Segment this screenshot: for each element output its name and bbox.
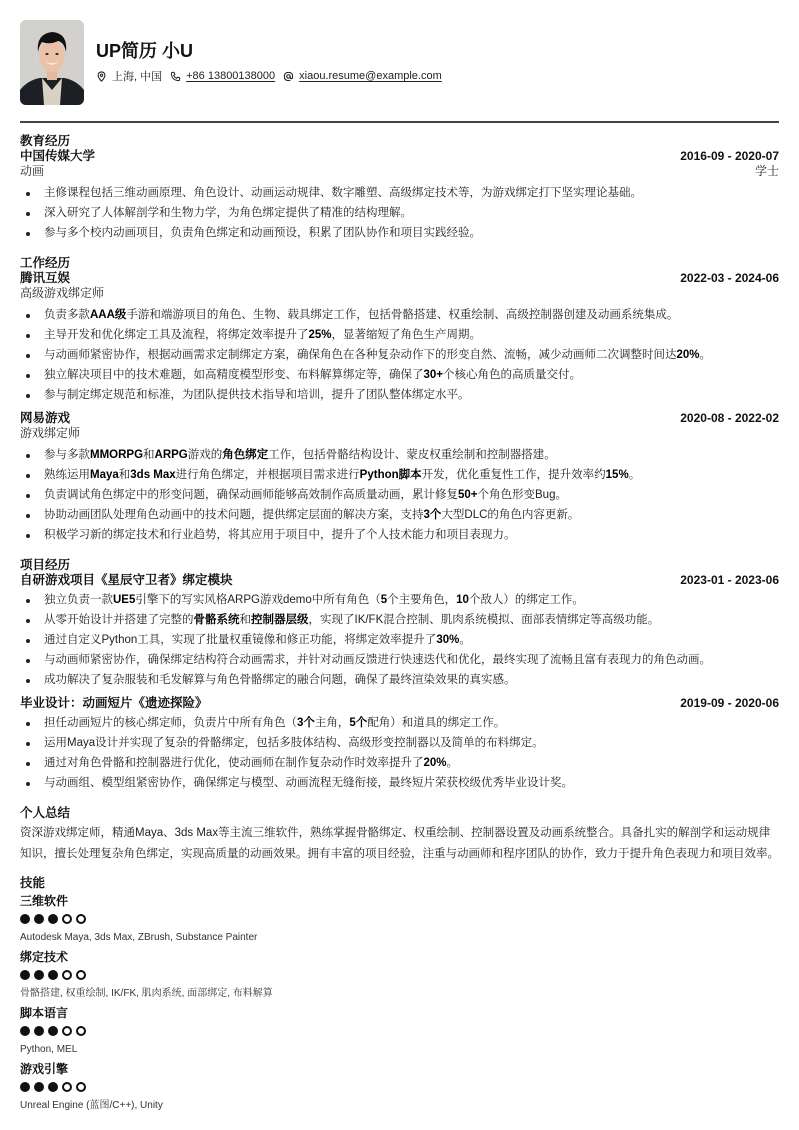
skill-description: Unreal Engine (蓝图/C++), Unity [20,1099,779,1113]
bullet-text: 担任动画短片的核心绑定师，负责片中所有角色（ [44,717,297,729]
empty-circle-icon [62,1026,72,1036]
bullet-text: 。 [459,634,471,646]
bullet-list: 担任动画短片的核心绑定师，负责片中所有角色（3个主角，5个配角）和道具的绑定工作… [20,713,779,793]
list-item: 从零开始设计并搭建了完整的骨骼系统和控制器层级，实现了IK/FK混合控制、肌肉系… [20,610,779,630]
skill-item: 三维软件Autodesk Maya, 3ds Max, ZBrush, Subs… [20,893,779,945]
skill-description: Autodesk Maya, 3ds Max, ZBrush, Substanc… [20,931,779,945]
entry-date: 2016-09 - 2020-07 [680,149,779,164]
list-item: 主修课程包括三维动画原理、角色设计、动画运动规律、数字雕塑、高级绑定技术等，为游… [20,183,779,203]
bullet-text: 主角， [315,717,350,729]
list-item: 积极学习新的绑定技术和行业趋势，将其应用于项目中，提升了个人技术能力和项目表现力… [20,525,779,545]
empty-circle-icon [76,1082,86,1092]
bullet-text: 工作，包括骨骼结构设计、蒙皮权重绘制和控制器搭建。 [268,449,556,461]
job-role: 高级游戏绑定师 [20,286,104,301]
education-section: 教育经历 中国传媒大学 2016-09 - 2020-07 动画 学士 主修课程… [20,133,779,243]
list-item: 独立负责一款UE5引擎下的写实风格ARPG游戏demo中所有角色（5个主要角色，… [20,590,779,610]
project-entry: 自研游戏项目《星辰守卫者》绑定模块 2023-01 - 2023-06 独立负责… [20,573,779,690]
emphasis-text: 3个 [297,717,315,729]
filled-circle-icon [34,1026,44,1036]
emphasis-text: MMORPG [90,449,143,461]
skill-name: 绑定技术 [20,949,779,966]
list-item: 协助动画团队处理角色动画中的技术问题，提供绑定层面的解决方案，支持3个大型DLC… [20,505,779,525]
skill-level-rating [20,970,779,982]
skill-level-rating [20,1026,779,1038]
entry-date: 2022-03 - 2024-06 [680,271,779,286]
list-item: 参与多个校内动画项目，负责角色绑定和动画预设，积累了团队协作和项目实践经验。 [20,223,779,243]
skill-name: 三维软件 [20,893,779,910]
entry-date: 2023-01 - 2023-06 [680,573,779,588]
project-name: 自研游戏项目《星辰守卫者》绑定模块 [20,573,233,588]
bullet-text: 主导开发和优化绑定工具及流程，将绑定效率提升了 [44,329,309,341]
empty-circle-icon [76,914,86,924]
emphasis-text: 20% [677,349,700,361]
list-item: 通过对角色骨骼和控制器进行优化，使动画师在制作复杂动作时效率提升了20%。 [20,753,779,773]
filled-circle-icon [20,914,30,924]
emphasis-text: 25% [309,329,332,341]
summary-text: 资深游戏绑定师，精通Maya、3ds Max等主流三维软件，熟练掌握骨骼绑定、权… [20,823,779,865]
filled-circle-icon [48,1082,58,1092]
list-item: 负责多款AAA级手游和端游项目的角色、生物、载具绑定工作，包括骨骼搭建、权重绘制… [20,305,779,325]
bullet-text: 和 [143,449,155,461]
list-item: 成功解决了复杂服装和毛发解算与角色骨骼绑定的融合问题，确保了最终渲染效果的真实感… [20,670,779,690]
list-item: 参与制定绑定规范和标准，为团队提供技术指导和培训，提升了团队整体绑定水平。 [20,385,779,405]
contact-location: 上海, 中国 [96,68,162,84]
phone-icon [170,71,181,82]
skill-name: 游戏引擎 [20,1061,779,1078]
skill-item: 绑定技术骨骼搭建, 权重绘制, IK/FK, 肌肉系统, 面部绑定, 布料解算 [20,949,779,1001]
location-text: 上海, 中国 [112,68,162,84]
empty-circle-icon [62,1082,72,1092]
skill-description: 骨骼搭建, 权重绘制, IK/FK, 肌肉系统, 面部绑定, 布料解算 [20,987,779,1001]
emphasis-text: 3个 [424,509,442,521]
work-section: 工作经历 腾讯互娱 2022-03 - 2024-06 高级游戏绑定师 负责多款… [20,255,779,545]
list-item: 负责调试角色绑定中的形变问题，确保动画师能够高效制作高质量动画，累计修复50+个… [20,485,779,505]
bullet-text: 。 [447,757,459,769]
bullet-text: 熟练运用 [44,469,90,481]
emphasis-text: Python脚本 [360,469,422,481]
skill-item: 游戏引擎Unreal Engine (蓝图/C++), Unity [20,1061,779,1113]
candidate-name: UP简历 小U [96,39,450,63]
list-item: 运用Maya设计并实现了复杂的骨骼绑定，包括多肢体结构、高级形变控制器以及简单的… [20,733,779,753]
bullet-text: 配角）和道具的绑定工作。 [367,717,505,729]
empty-circle-icon [62,970,72,980]
bullet-text: 运用Maya设计并实现了复杂的骨骼绑定，包括多肢体结构、高级形变控制器以及简单的… [44,737,544,749]
filled-circle-icon [20,1026,30,1036]
resume-header: UP简历 小U 上海, 中国 +86 13800138000 [20,20,779,105]
entry-header: 腾讯互娱 2022-03 - 2024-06 [20,271,779,286]
filled-circle-icon [20,970,30,980]
empty-circle-icon [76,1026,86,1036]
list-item: 独立解决项目中的技术难题，如高精度模型形变、布料解算绑定等，确保了30+个核心角… [20,365,779,385]
at-icon [283,71,294,82]
filled-circle-icon [34,970,44,980]
emphasis-text: 5个 [349,717,367,729]
bullet-text: 独立解决项目中的技术难题，如高精度模型形变、布料解算绑定等，确保了 [44,369,424,381]
bullet-text: 参与制定绑定规范和标准，为团队提供技术指导和培训，提升了团队整体绑定水平。 [44,389,470,401]
work-entry: 腾讯互娱 2022-03 - 2024-06 高级游戏绑定师 负责多款AAA级手… [20,271,779,405]
bullet-list: 参与多款MMORPG和ARPG游戏的角色绑定工作，包括骨骼结构设计、蒙皮权重绘制… [20,445,779,545]
bullet-list: 主修课程包括三维动画原理、角色设计、动画运动规律、数字雕塑、高级绑定技术等，为游… [20,183,779,243]
project-name: 毕业设计：动画短片《遗迹探险》 [20,696,208,711]
skill-description: Python, MEL [20,1043,779,1057]
emphasis-text: 10 [456,594,469,606]
list-item: 与动画组、模型组紧密协作，确保绑定与模型、动画流程无缝衔接，最终短片荣获校级优秀… [20,773,779,793]
emphasis-text: 30+ [424,369,444,381]
email-link[interactable]: xiaou.resume@example.com [299,70,442,82]
entry-header: 毕业设计：动画短片《遗迹探险》 2019-09 - 2020-06 [20,696,779,711]
entry-date: 2020-08 - 2022-02 [680,411,779,426]
filled-circle-icon [48,1026,58,1036]
degree: 学士 [755,164,779,179]
summary-section: 个人总结 资深游戏绑定师，精通Maya、3ds Max等主流三维软件，熟练掌握骨… [20,805,779,865]
job-role: 游戏绑定师 [20,426,80,441]
bullet-text: 通过自定义Python工具，实现了批量权重镜像和修正功能，将绑定效率提升了 [44,634,436,646]
bullet-text: 通过对角色骨骼和控制器进行优化，使动画师在制作复杂动作时效率提升了 [44,757,424,769]
emphasis-text: UE5 [113,594,135,606]
bullet-text: 成功解决了复杂服装和毛发解算与角色骨骼绑定的融合问题，确保了最终渲染效果的真实感… [44,674,516,686]
filled-circle-icon [48,970,58,980]
bullet-text: 个角色形变Bug。 [478,489,567,501]
bullet-text: 。 [700,349,712,361]
bullet-text: 与动画师紧密协作，根据动画需求定制绑定方案，确保角色在各种复杂动作下的形变自然、… [44,349,677,361]
skill-name: 脚本语言 [20,1005,779,1022]
major: 动画 [20,164,44,179]
list-item: 深入研究了人体解剖学和生物力学，为角色绑定提供了精准的结构理解。 [20,203,779,223]
section-title: 技能 [20,875,779,891]
list-item: 参与多款MMORPG和ARPG游戏的角色绑定工作，包括骨骼结构设计、蒙皮权重绘制… [20,445,779,465]
list-item: 担任动画短片的核心绑定师，负责片中所有角色（3个主角，5个配角）和道具的绑定工作… [20,713,779,733]
emphasis-text: 15% [606,469,629,481]
contact-list: 上海, 中国 +86 13800138000 xiaou.resume@exam… [96,68,450,84]
list-item: 通过自定义Python工具，实现了批量权重镜像和修正功能，将绑定效率提升了30%… [20,630,779,650]
list-item: 与动画师紧密协作，确保绑定结构符合动画需求，并针对动画反馈进行快速迭代和优化，最… [20,650,779,670]
emphasis-text: 角色绑定 [222,449,268,461]
emphasis-text: 30% [436,634,459,646]
list-item: 与动画师紧密协作，根据动画需求定制绑定方案，确保角色在各种复杂动作下的形变自然、… [20,345,779,365]
bullet-text: 个核心角色的高质量交付。 [443,369,581,381]
bullet-text: 游戏的 [188,449,223,461]
entry-header: 网易游戏 2020-08 - 2022-02 [20,411,779,426]
company-name: 网易游戏 [20,411,70,426]
filled-circle-icon [20,1082,30,1092]
list-item: 熟练运用Maya和3ds Max进行角色绑定，并根据项目需求进行Python脚本… [20,465,779,485]
emphasis-text: 50+ [458,489,478,501]
bullet-text: 个主要角色， [387,594,456,606]
bullet-list: 独立负责一款UE5引擎下的写实风格ARPG游戏demo中所有角色（5个主要角色，… [20,590,779,690]
list-item: 主导开发和优化绑定工具及流程，将绑定效率提升了25%，显著缩短了角色生产周期。 [20,325,779,345]
skill-item: 脚本语言Python, MEL [20,1005,779,1057]
bullet-text: 负责调试角色绑定中的形变问题，确保动画师能够高效制作高质量动画，累计修复 [44,489,458,501]
filled-circle-icon [34,914,44,924]
bullet-text: 从零开始设计并搭建了完整的 [44,614,194,626]
contact-email: xiaou.resume@example.com [283,70,442,82]
bullet-text: ，显著缩短了角色生产周期。 [332,329,482,341]
header-divider [20,121,779,123]
bullet-text: 引擎下的写实风格ARPG游戏demo中所有角色（ [135,594,380,606]
empty-circle-icon [62,914,72,924]
bullet-text: 和 [240,614,252,626]
bullet-list: 负责多款AAA级手游和端游项目的角色、生物、载具绑定工作，包括骨骼搭建、权重绘制… [20,305,779,405]
avatar-portrait-icon [20,20,84,105]
emphasis-text: ARPG [155,449,188,461]
contact-phone: +86 13800138000 [170,70,275,82]
section-title: 教育经历 [20,133,779,149]
entry-header: 自研游戏项目《星辰守卫者》绑定模块 2023-01 - 2023-06 [20,573,779,588]
skills-section: 技能 三维软件Autodesk Maya, 3ds Max, ZBrush, S… [20,875,779,1113]
entry-subheader: 游戏绑定师 [20,426,779,441]
bullet-text: 积极学习新的绑定技术和行业趋势，将其应用于项目中，提升了个人技术能力和项目表现力… [44,529,516,541]
resume-page: UP简历 小U 上海, 中国 +86 13800138000 [20,20,779,1117]
filled-circle-icon [48,914,58,924]
empty-circle-icon [76,970,86,980]
bullet-text: 进行角色绑定，并根据项目需求进行 [176,469,360,481]
section-title: 个人总结 [20,805,779,821]
emphasis-text: AAA级 [90,309,126,321]
bullet-text: 。 [629,469,641,481]
bullet-text: 与动画师紧密协作，确保绑定结构符合动画需求，并针对动画反馈进行快速迭代和优化，最… [44,654,711,666]
section-title: 工作经历 [20,255,779,271]
bullet-text: 和 [119,469,131,481]
bullet-text: 手游和端游项目的角色、生物、载具绑定工作，包括骨骼搭建、权重绘制、高级控制器创建… [126,309,678,321]
emphasis-text: 骨骼系统 [194,614,240,626]
emphasis-text: 20% [424,757,447,769]
work-entry: 网易游戏 2020-08 - 2022-02 游戏绑定师 参与多款MMORPG和… [20,411,779,545]
emphasis-text: Maya [90,469,119,481]
bullet-text: 协助动画团队处理角色动画中的技术问题，提供绑定层面的解决方案，支持 [44,509,424,521]
phone-link[interactable]: +86 13800138000 [186,70,275,82]
profile-photo [20,20,84,105]
bullet-text: 开发，优化重复性工作，提升效率约 [422,469,606,481]
entry-header: 中国传媒大学 2016-09 - 2020-07 [20,149,779,164]
entry-date: 2019-09 - 2020-06 [680,696,779,711]
bullet-text: ，实现了IK/FK混合控制、肌肉系统模拟、面部表情绑定等高级功能。 [309,614,660,626]
bullet-text: 负责多款 [44,309,90,321]
education-entry: 中国传媒大学 2016-09 - 2020-07 动画 学士 主修课程包括三维动… [20,149,779,243]
bullet-text: 个敌人）的绑定工作。 [469,594,584,606]
map-pin-icon [96,71,107,82]
section-title: 项目经历 [20,557,779,573]
bullet-text: 独立负责一款 [44,594,113,606]
project-entry: 毕业设计：动画短片《遗迹探险》 2019-09 - 2020-06 担任动画短片… [20,696,779,793]
school-name: 中国传媒大学 [20,149,95,164]
projects-section: 项目经历 自研游戏项目《星辰守卫者》绑定模块 2023-01 - 2023-06… [20,557,779,793]
skill-level-rating [20,1082,779,1094]
emphasis-text: 3ds Max [130,469,175,481]
emphasis-text: 控制器层级 [251,614,309,626]
header-info: UP简历 小U 上海, 中国 +86 13800138000 [96,39,450,84]
bullet-text: 参与多款 [44,449,90,461]
filled-circle-icon [34,1082,44,1092]
entry-subheader: 高级游戏绑定师 [20,286,779,301]
skills-list: 三维软件Autodesk Maya, 3ds Max, ZBrush, Subs… [20,893,779,1113]
entry-subheader: 动画 学士 [20,164,779,179]
bullet-text: 与动画组、模型组紧密协作，确保绑定与模型、动画流程无缝衔接，最终短片荣获校级优秀… [44,777,573,789]
company-name: 腾讯互娱 [20,271,70,286]
skill-level-rating [20,914,779,926]
bullet-text: 大型DLC的角色内容更新。 [441,509,579,521]
